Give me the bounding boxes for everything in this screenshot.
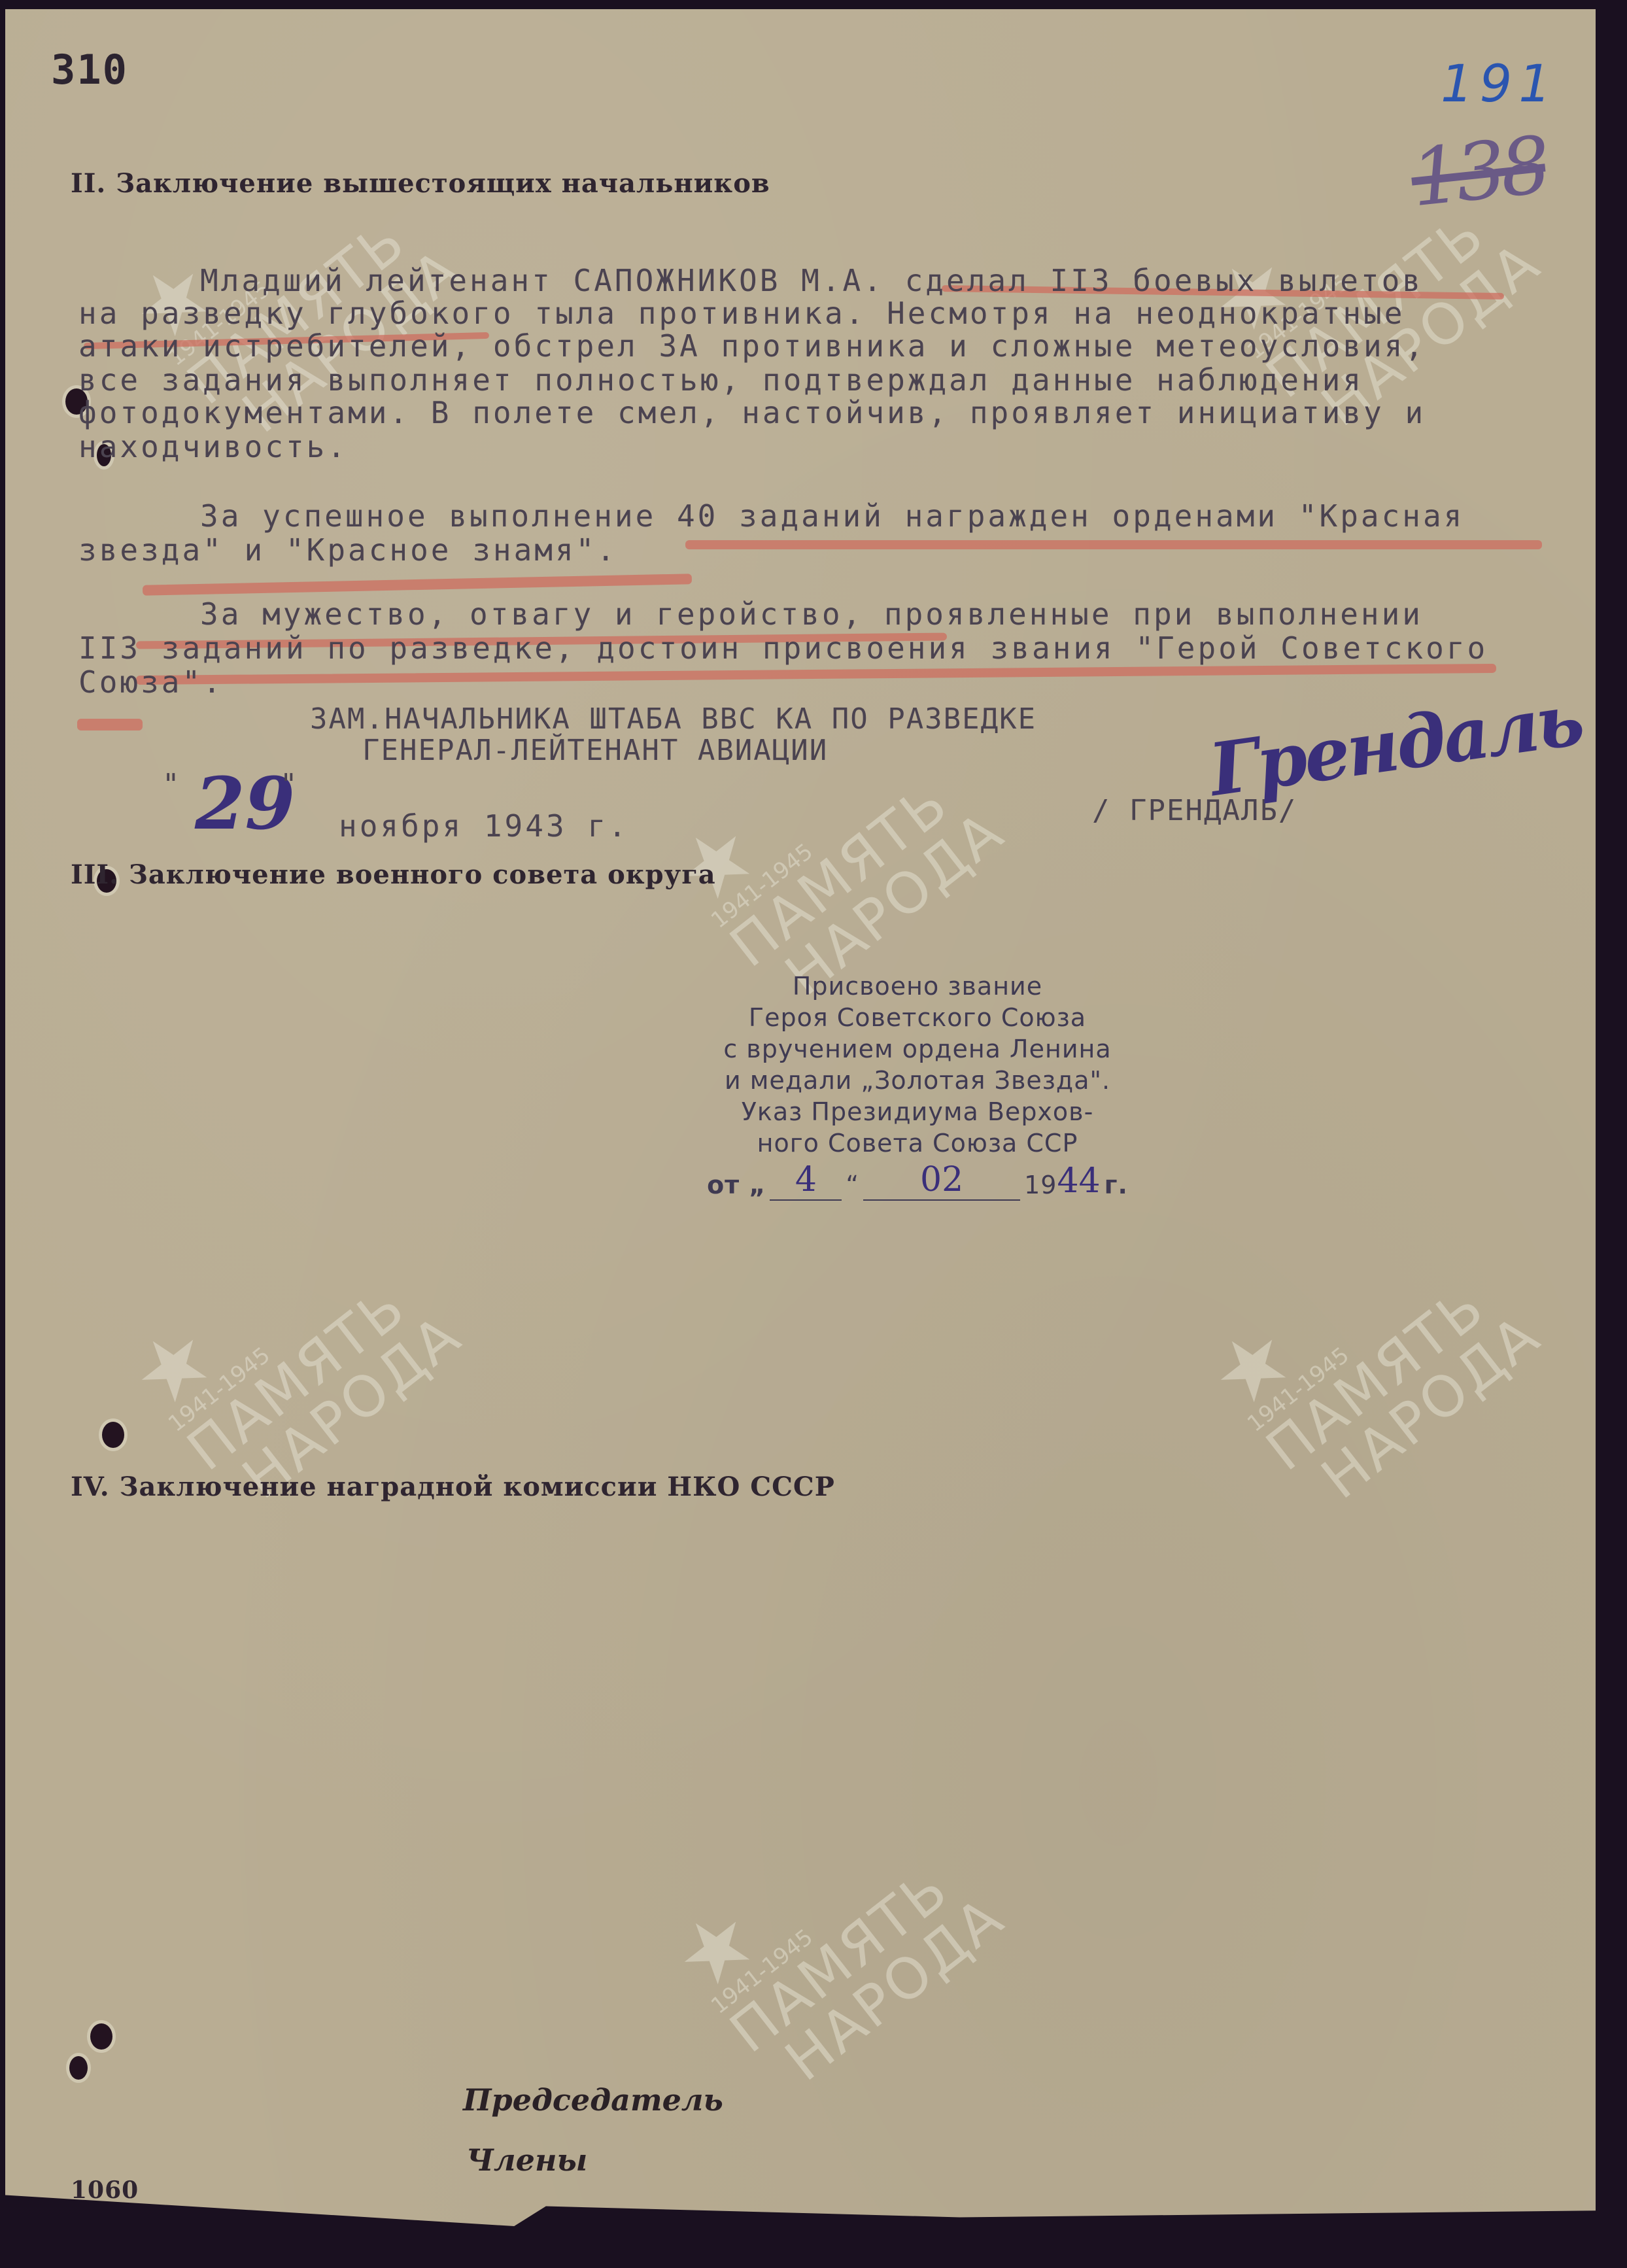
punch-hole <box>90 2023 112 2050</box>
red-underline <box>143 574 692 596</box>
date-quote-open: " <box>162 768 182 801</box>
date-month-year: ноября 1943 г. <box>339 808 629 844</box>
section-4-heading: IV. Заключение наградной комиссии НКО СС… <box>71 1471 835 1502</box>
section-3-heading: III. Заключение военного совета округа <box>71 859 716 890</box>
stamp-line: ного Совета Союза ССР <box>705 1127 1130 1159</box>
stamp-line: с вручением ордена Ленина <box>705 1033 1130 1065</box>
star-icon: ★ <box>659 1764 934 2005</box>
paragraph-1-line: фотодокументами. В полете смел, настойчи… <box>78 395 1426 430</box>
stamp-date-day: 4 <box>795 1160 817 1199</box>
archive-number: 310 <box>51 46 128 94</box>
stamp-line: Указ Президиума Верхов- <box>705 1096 1130 1127</box>
sheet-number-pencil: 138 <box>1407 120 1549 225</box>
star-icon: ★ <box>1195 1182 1471 1423</box>
paragraph-1-line: на разведку глубокого тыла противника. Н… <box>78 296 1405 331</box>
form-number: 1060 <box>71 2176 139 2204</box>
paragraph-2-line: звезда" и "Красное знамя". <box>78 532 617 568</box>
sheet-number-blue: 191 <box>1441 55 1558 114</box>
signatory-title: ЗАМ.НАЧАЛЬНИКА ШТАБА ВВС КА ПО РАЗВЕДКЕ <box>310 702 1036 736</box>
red-underline <box>77 719 143 730</box>
date-quote-close: " <box>280 768 300 801</box>
punch-hole <box>69 2056 88 2080</box>
signatory-rank: ГЕНЕРАЛ-ЛЕЙТЕНАНТ АВИАЦИИ <box>362 734 828 767</box>
paragraph-2-line: За успешное выполнение 40 заданий награж… <box>200 498 1464 534</box>
paragraph-3-line: Союза". <box>78 664 224 700</box>
stamp-line: Присвоено звание <box>705 971 1130 1002</box>
stamp-date-year: 44 <box>1057 1161 1100 1201</box>
document-page: 310 191 138 ★ 1941-1945 ПАМЯТЬ НАРОДА ★ … <box>5 9 1596 2226</box>
paragraph-1-line: все задания выполняет полностью, подтвер… <box>78 362 1363 398</box>
red-underline <box>685 540 1542 549</box>
watermark: ★ 1941-1945 ПАМЯТЬ НАРОДА <box>659 1764 1014 2106</box>
paragraph-3-line: II3 заданий по разведке, достоин присвое… <box>78 630 1488 666</box>
paragraph-3-line: За мужество, отвагу и геройство, проявле… <box>200 596 1423 632</box>
stamp-line: и медали „Золотая Звезда". <box>705 1065 1130 1096</box>
chairman-label: Председатель <box>463 2082 723 2118</box>
stamp-date-month: 02 <box>920 1160 963 1199</box>
red-underline <box>136 664 1496 685</box>
section-2-heading: II. Заключение вышестоящих начальников <box>71 168 770 199</box>
watermark: ★ 1941-1945 ПАМЯТЬ НАРОДА <box>1195 1182 1550 1524</box>
paragraph-1-line: Младший лейтенант САПОЖНИКОВ М.А. сделал… <box>200 263 1423 298</box>
paragraph-1-line: находчивость. <box>78 429 348 464</box>
signature: Грендаль <box>1205 677 1586 812</box>
stamp-line: Героя Советского Союза <box>705 1002 1130 1033</box>
members-label: Члены <box>466 2142 587 2178</box>
stamp-date: от „ 4 “ 02 1944г. <box>705 1160 1130 1201</box>
punch-hole <box>102 1422 124 1448</box>
paragraph-1-line: атаки истребителей, обстрел ЗА противник… <box>78 328 1426 364</box>
star-icon: ★ <box>116 1182 392 1423</box>
award-stamp: Присвоено звание Героя Советского Союза … <box>705 971 1130 1201</box>
